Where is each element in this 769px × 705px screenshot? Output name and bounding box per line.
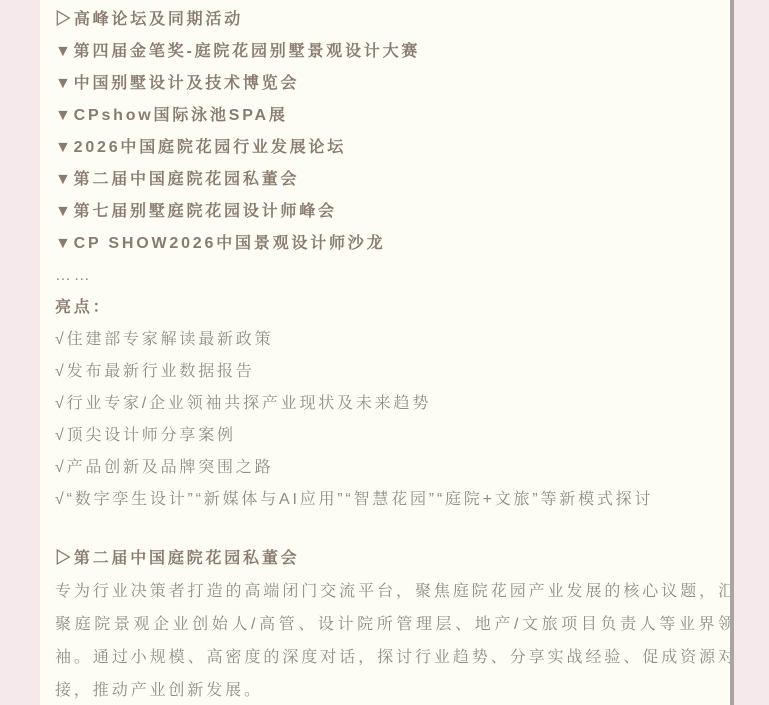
triangle-down-icon: ▼	[55, 75, 74, 92]
event-item-text: 第七届别墅庭院花园设计师峰会	[74, 203, 337, 220]
highlight-item-text: 行业专家/企业领袖共探产业现状及未来趋势	[67, 395, 431, 412]
event-list-item: ▼第七届别墅庭院花园设计师峰会	[55, 196, 730, 228]
section-heading-private-board: ▷第二届中国庭院花园私董会	[55, 543, 730, 575]
event-list-item: ▼CP SHOW2026中国景观设计师沙龙	[55, 228, 730, 260]
triangle-down-icon: ▼	[55, 235, 74, 252]
highlight-item: √住建部专家解读最新政策	[55, 324, 730, 356]
triangle-down-icon: ▼	[55, 171, 74, 188]
highlight-item: √产品创新及品牌突围之路	[55, 452, 730, 484]
triangle-down-icon: ▼	[55, 203, 74, 220]
highlight-item-text: 顶尖设计师分享案例	[67, 427, 236, 444]
triangle-down-icon: ▼	[55, 139, 74, 156]
highlight-item: √行业专家/企业领袖共探产业现状及未来趋势	[55, 388, 730, 420]
event-list-item: ▼第四届金笔奖-庭院花园别墅景观设计大赛	[55, 36, 730, 68]
check-icon: √	[55, 459, 67, 476]
private-board-paragraph: 专为行业决策者打造的高端闭门交流平台，聚焦庭院花园产业发展的核心议题，汇聚庭院景…	[55, 575, 734, 705]
highlight-item: √顶尖设计师分享案例	[55, 420, 730, 452]
triangle-down-icon: ▼	[55, 43, 74, 60]
highlight-item-text: “数字孪生设计”“新媒体与AI应用”“智慧花园”“庭院+文旅”等新模式探讨	[67, 491, 654, 508]
section-heading-text: 第二届中国庭院花园私董会	[74, 550, 300, 567]
page-background: { "page": { "background_color": "#f5e9ec…	[0, 0, 769, 705]
check-icon: √	[55, 427, 67, 444]
check-icon: √	[55, 395, 67, 412]
triangle-down-icon: ▼	[55, 107, 74, 124]
triangle-right-icon: ▷	[55, 11, 74, 28]
event-item-text: 2026中国庭院花园行业发展论坛	[74, 139, 346, 156]
event-list-item: ▼第二届中国庭院花园私董会	[55, 164, 730, 196]
highlight-item: √发布最新行业数据报告	[55, 356, 730, 388]
event-item-text: 中国别墅设计及技术博览会	[74, 75, 300, 92]
highlight-item-text: 产品创新及品牌突围之路	[67, 459, 274, 476]
check-icon: √	[55, 491, 67, 508]
check-icon: √	[55, 331, 67, 348]
section-heading-text: 高峰论坛及同期活动	[74, 11, 243, 28]
highlight-item-text: 住建部专家解读最新政策	[67, 331, 274, 348]
section-events: ▷高峰论坛及同期活动 ▼第四届金笔奖-庭院花园别墅景观设计大赛 ▼中国别墅设计及…	[55, 4, 730, 516]
event-list-item: ▼CPshow国际泳池SPA展	[55, 100, 730, 132]
section-private-board: ▷第二届中国庭院花园私董会 专为行业决策者打造的高端闭门交流平台，聚焦庭院花园产…	[55, 543, 730, 705]
highlight-item-text: 发布最新行业数据报告	[67, 363, 255, 380]
article-panel: ▷高峰论坛及同期活动 ▼第四届金笔奖-庭院花园别墅景观设计大赛 ▼中国别墅设计及…	[40, 0, 734, 705]
triangle-right-icon: ▷	[55, 550, 74, 567]
event-list-item: ▼2026中国庭院花园行业发展论坛	[55, 132, 730, 164]
highlights-label: 亮点：	[55, 292, 730, 324]
event-item-text: 第四届金笔奖-庭院花园别墅景观设计大赛	[74, 43, 421, 60]
event-item-text: CP SHOW2026中国景观设计师沙龙	[74, 235, 386, 252]
event-item-text: CPshow国际泳池SPA展	[74, 107, 288, 124]
check-icon: √	[55, 363, 67, 380]
event-item-text: 第二届中国庭院花园私董会	[74, 171, 300, 188]
ellipsis-line: ……	[55, 260, 730, 292]
highlight-item: √“数字孪生设计”“新媒体与AI应用”“智慧花园”“庭院+文旅”等新模式探讨	[55, 484, 730, 516]
event-list-item: ▼中国别墅设计及技术博览会	[55, 68, 730, 100]
section-heading-events: ▷高峰论坛及同期活动	[55, 4, 730, 36]
